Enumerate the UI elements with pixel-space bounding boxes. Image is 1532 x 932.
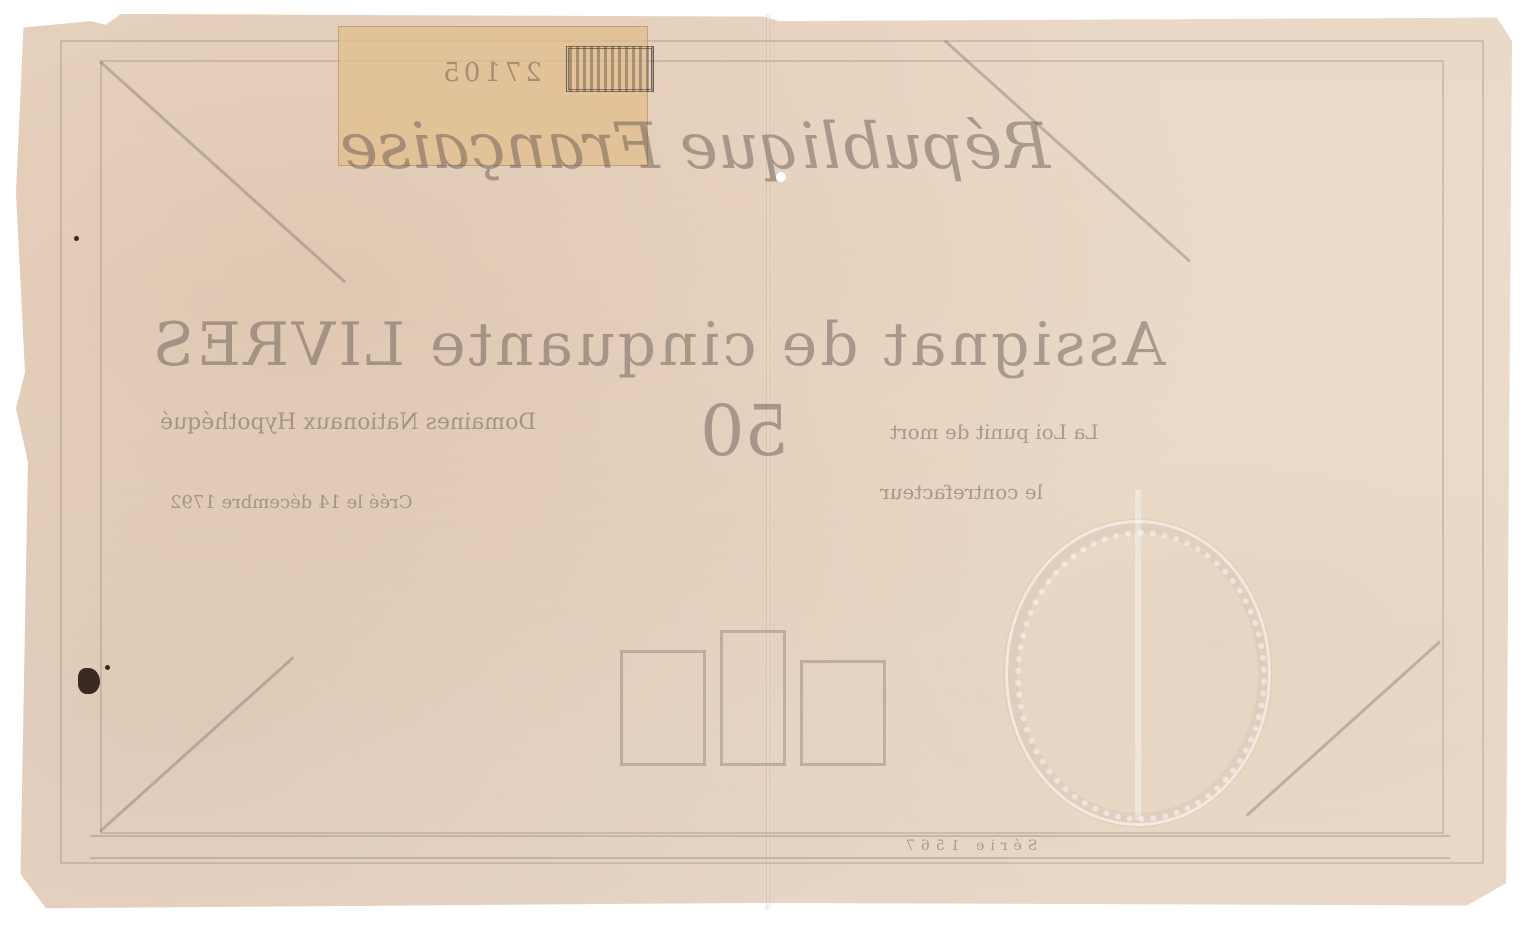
signature-blocks	[620, 630, 900, 770]
bottom-series-text: Série 1567	[900, 838, 1037, 854]
script-title: République Française	[340, 110, 1050, 184]
denomination-number: 50	[700, 390, 789, 472]
text-line-1: Domaines Nationaux Hypothéqué	[160, 410, 536, 435]
stain-dot	[105, 665, 110, 670]
ornament-block	[566, 46, 654, 92]
seal-rays	[1015, 530, 1267, 822]
ink-stain	[78, 668, 100, 694]
seal-fasces	[1135, 490, 1141, 820]
text-line-3: La Loi punit de mort	[890, 420, 1099, 444]
paper-hole	[776, 172, 786, 182]
text-line-4: le contrefacteur	[880, 480, 1043, 504]
bottom-border-ornament	[90, 835, 1450, 859]
stain-dot	[74, 236, 79, 241]
text-line-2: Créé le 14 décembre 1792	[170, 492, 412, 513]
denomination-heading: Assignat de cinquante LIVRES	[150, 310, 1166, 380]
tape-serial: 27105	[342, 58, 542, 88]
